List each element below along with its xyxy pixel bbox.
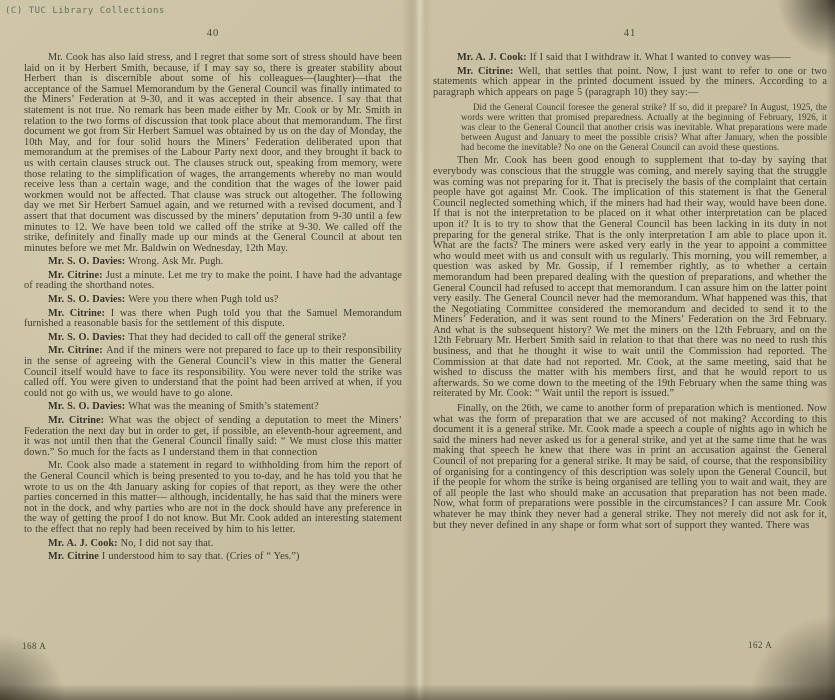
speaker-name: Mr. A. J. Cook:: [457, 52, 530, 63]
speech-paragraph: Mr. S. O. Davies: Wrong. Ask Mr. Pugh.: [24, 257, 402, 268]
speaker-name: Mr. Citrine:: [457, 66, 518, 77]
book-spread-photo: (C) TUC Library Collections 40 Mr. Cook …: [0, 0, 835, 700]
copyright-watermark: (C) TUC Library Collections: [5, 6, 165, 16]
page-number-right: 41: [433, 28, 827, 39]
speaker-name: Mr. Citrine:: [48, 308, 111, 319]
speech-paragraph: Mr. Citrine: And if the miners were not …: [24, 346, 402, 399]
signature-mark-right: 162 A: [748, 640, 772, 650]
speaker-name: Mr. S. O. Davies:: [48, 332, 128, 343]
speech-paragraph: Mr. Citrine I understood him to say that…: [24, 552, 402, 563]
signature-mark-left: 168 A: [22, 641, 46, 651]
body-paragraph: Finally, on the 26th, we came to another…: [433, 404, 827, 531]
speaker-name: Mr. S. O. Davies:: [48, 256, 128, 267]
book-gutter: [402, 0, 432, 700]
speaker-name: Mr. S. O. Davies:: [48, 401, 128, 412]
body-paragraph: Then Mr. Cook has been good enough to su…: [433, 156, 827, 400]
speech-paragraph: Mr. Citrine: Well, that settles that poi…: [433, 67, 827, 99]
speech-paragraph: Mr. S. O. Davies: That they had decided …: [24, 333, 402, 344]
speech-paragraph: Mr. A. J. Cook: No, I did not say that.: [24, 539, 402, 550]
speaker-name: Mr. Citrine:: [48, 345, 106, 356]
speaker-name: Mr. S. O. Davies:: [48, 294, 128, 305]
speech-paragraph: Mr. Citrine: I was there when Pugh told …: [24, 309, 402, 330]
speech-paragraph: Mr. Citrine: Just a minute. Let me try t…: [24, 271, 402, 292]
speech-paragraph: Mr. Citrine: What was the object of send…: [24, 416, 402, 458]
page-41: 41 Mr. A. J. Cook: If I said that I with…: [433, 28, 827, 531]
speaker-name: Mr. Citrine:: [48, 415, 109, 426]
page-body-right: Mr. A. J. Cook: If I said that I withdra…: [433, 53, 827, 531]
page-body-left: Mr. Cook has also laid stress, and I reg…: [24, 53, 402, 563]
body-paragraph: Mr. Cook has also laid stress, and I reg…: [24, 53, 402, 254]
speech-paragraph: Mr. S. O. Davies: Were you there when Pu…: [24, 295, 402, 306]
page-number-left: 40: [24, 28, 402, 39]
body-paragraph: Mr. Cook also made a statement in regard…: [24, 461, 402, 535]
speaker-name: Mr. A. J. Cook:: [48, 538, 121, 549]
quote-paragraph: Did the General Council foresee the gene…: [461, 102, 827, 152]
speech-paragraph: Mr. A. J. Cook: If I said that I withdra…: [433, 53, 827, 64]
speaker-name: Mr. Citrine:: [48, 270, 106, 281]
speech-paragraph: Mr. S. O. Davies: What was the meaning o…: [24, 402, 402, 413]
speaker-name: Mr. Citrine: [48, 551, 102, 562]
page-40: 40 Mr. Cook has also laid stress, and I …: [24, 28, 402, 563]
